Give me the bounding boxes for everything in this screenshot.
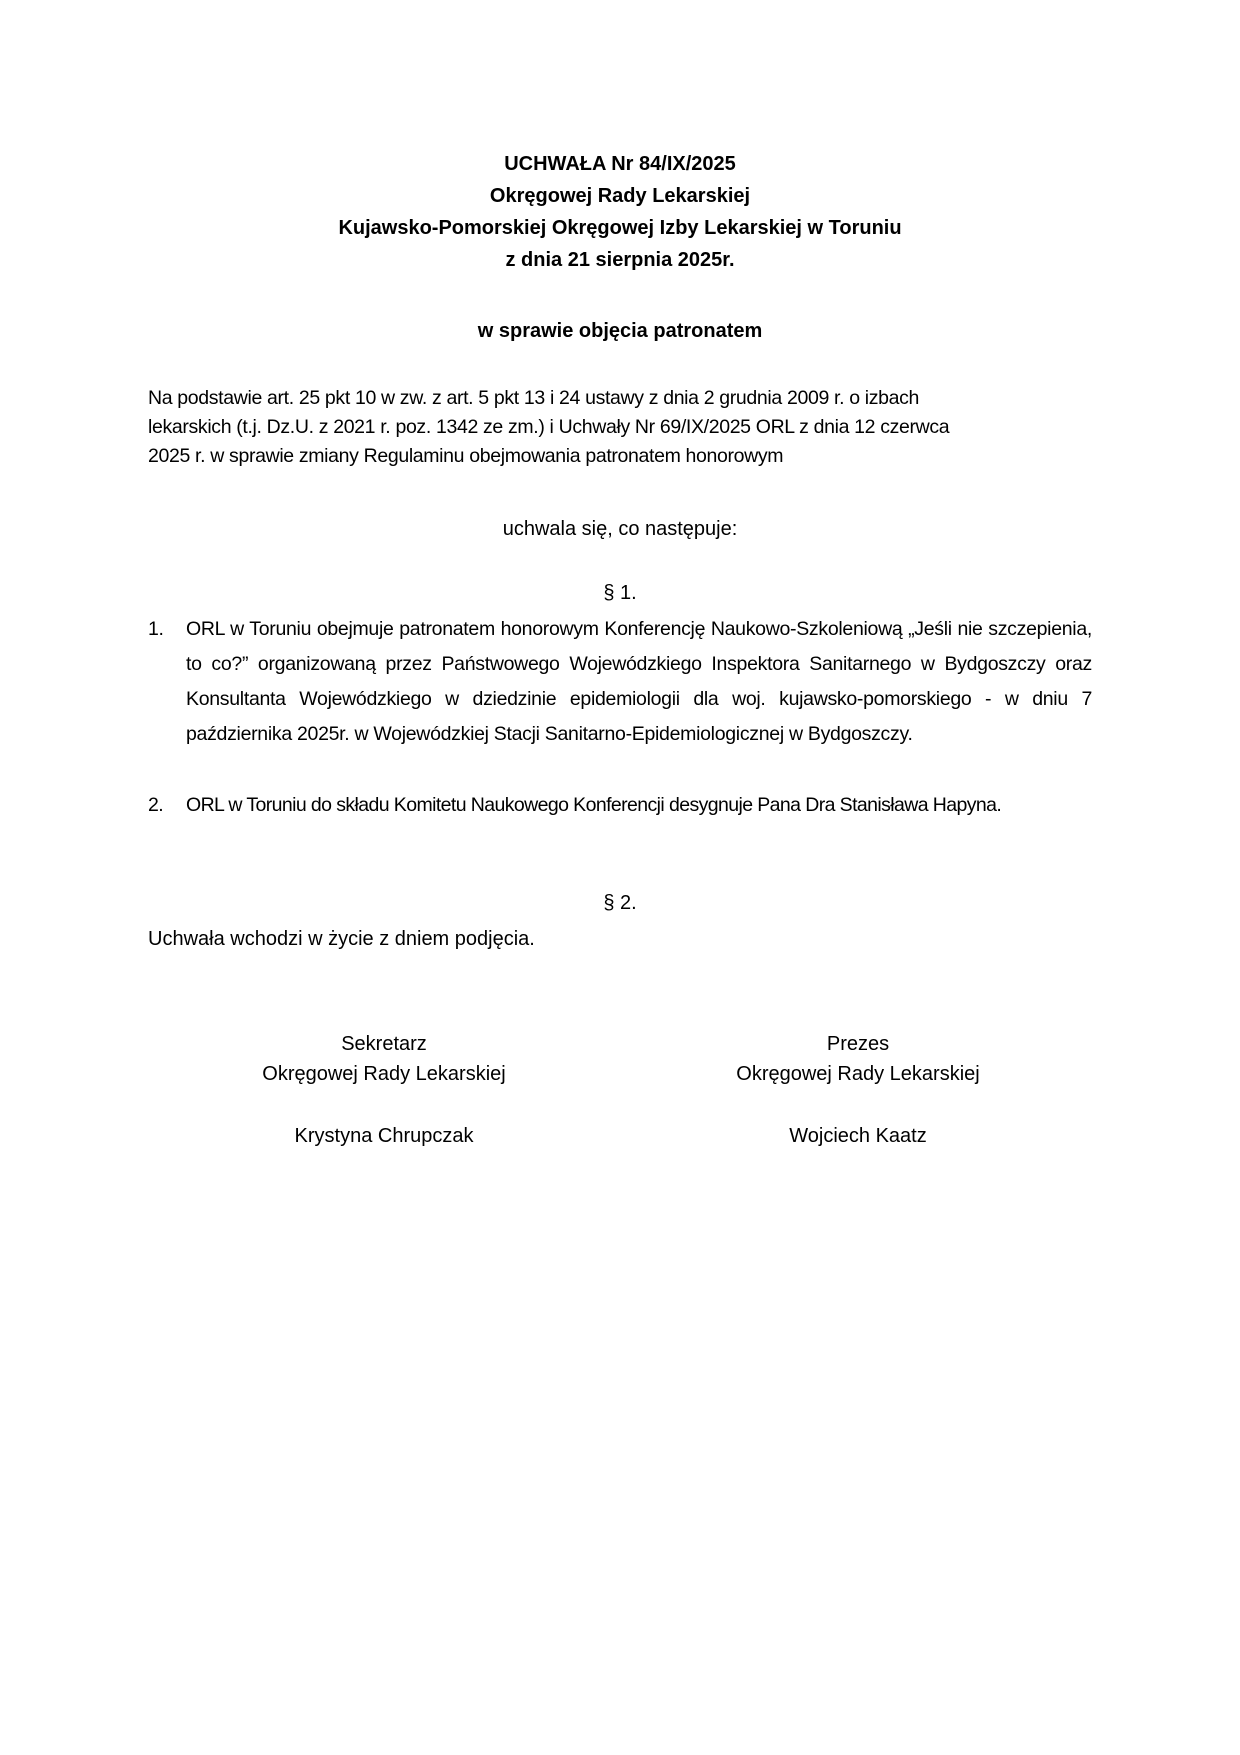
signature-role: Sekretarz: [184, 1029, 584, 1059]
signature-organization: Okręgowej Rady Lekarskiej: [658, 1059, 1058, 1089]
signature-name: Krystyna Chrupczak: [184, 1121, 584, 1151]
chamber-name: Kujawsko-Pomorskiej Okręgowej Izby Lekar…: [148, 212, 1092, 244]
document-page: UCHWAŁA Nr 84/IX/2025 Okręgowej Rady Lek…: [0, 0, 1240, 1755]
resolves-statement: uchwala się, co następuje:: [148, 514, 1092, 544]
section-2-mark: § 2.: [148, 888, 1092, 918]
signature-name: Wojciech Kaatz: [658, 1121, 1058, 1151]
legal-basis-paragraph: Na podstawie art. 25 pkt 10 w zw. z art.…: [148, 384, 1092, 471]
legal-basis-line: Na podstawie art. 25 pkt 10 w zw. z art.…: [148, 384, 1092, 413]
legal-basis-line: lekarskich (t.j. Dz.U. z 2021 r. poz. 13…: [148, 413, 1092, 442]
list-item: 2. ORL w Toruniu do składu Komitetu Nauk…: [148, 788, 1092, 823]
resolution-header: UCHWAŁA Nr 84/IX/2025 Okręgowej Rady Lek…: [148, 148, 1092, 276]
section-1-list: 1. ORL w Toruniu obejmuje patronatem hon…: [148, 612, 1092, 752]
signature-president: Prezes Okręgowej Rady Lekarskiej Wojciec…: [658, 1029, 1058, 1151]
list-item-text: ORL w Toruniu obejmuje patronatem honoro…: [186, 618, 1092, 745]
resolution-subject: w sprawie objęcia patronatem: [148, 316, 1092, 346]
section-1-mark: § 1.: [148, 578, 1092, 608]
list-item-number: 1.: [148, 612, 164, 647]
legal-basis-line: 2025 r. w sprawie zmiany Regulaminu obej…: [148, 442, 1092, 471]
resolution-date: z dnia 21 sierpnia 2025r.: [148, 244, 1092, 276]
list-item-text: ORL w Toruniu do składu Komitetu Naukowe…: [186, 794, 1001, 816]
section-1-list-continued: 2. ORL w Toruniu do składu Komitetu Nauk…: [148, 788, 1092, 823]
council-name: Okręgowej Rady Lekarskiej: [148, 180, 1092, 212]
signature-organization: Okręgowej Rady Lekarskiej: [184, 1059, 584, 1089]
signature-role: Prezes: [658, 1029, 1058, 1059]
list-item: 1. ORL w Toruniu obejmuje patronatem hon…: [148, 612, 1092, 752]
section-2-text: Uchwała wchodzi w życie z dniem podjęcia…: [148, 924, 1092, 954]
list-item-number: 2.: [148, 788, 163, 823]
resolution-title: UCHWAŁA Nr 84/IX/2025: [148, 148, 1092, 180]
signature-secretary: Sekretarz Okręgowej Rady Lekarskiej Krys…: [184, 1029, 584, 1151]
